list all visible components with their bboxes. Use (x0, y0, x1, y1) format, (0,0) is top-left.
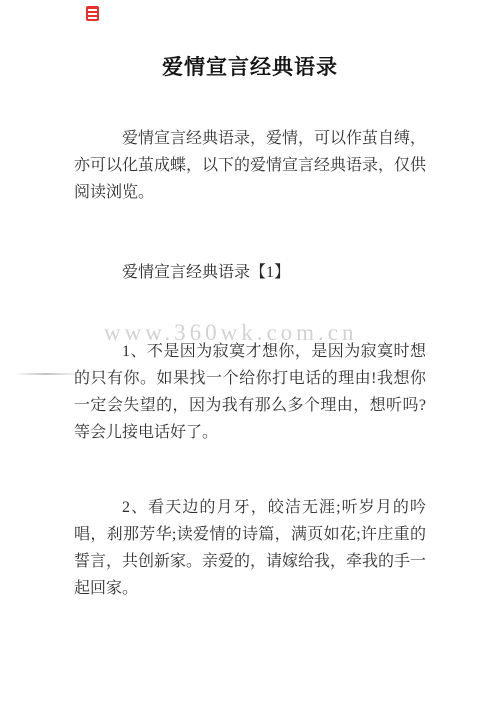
watermark-dash-line (15, 373, 77, 375)
badge-line (88, 9, 97, 11)
badge-line (88, 13, 97, 15)
section-heading: 爱情宣言经典语录【1】 (74, 259, 426, 286)
badge-line (88, 17, 97, 19)
quote-paragraph-2: 2、看天边的月牙，皎洁无涯;听岁月的吟唱，刹那芳华;读爱情的诗篇，满页如花;许庄… (74, 494, 426, 602)
document-page: www.360wk.com.cn 爱情宣言经典语录 爱情宣言经典语录，爱情，可以… (0, 0, 500, 708)
page-title: 爱情宣言经典语录 (74, 0, 426, 84)
red-doc-badge-icon (86, 6, 99, 21)
quote-paragraph-1: 1、不是因为寂寞才想你，是因为寂寞时想的只有你。如果找一个给你打电话的理由!我想… (74, 338, 426, 446)
intro-paragraph: 爱情宣言经典语录，爱情，可以作茧自缚，亦可以化茧成蝶，以下的爱情宣言经典语录，仅… (74, 125, 426, 206)
document-content: 爱情宣言经典语录 爱情宣言经典语录，爱情，可以作茧自缚，亦可以化茧成蝶，以下的爱… (74, 0, 426, 602)
